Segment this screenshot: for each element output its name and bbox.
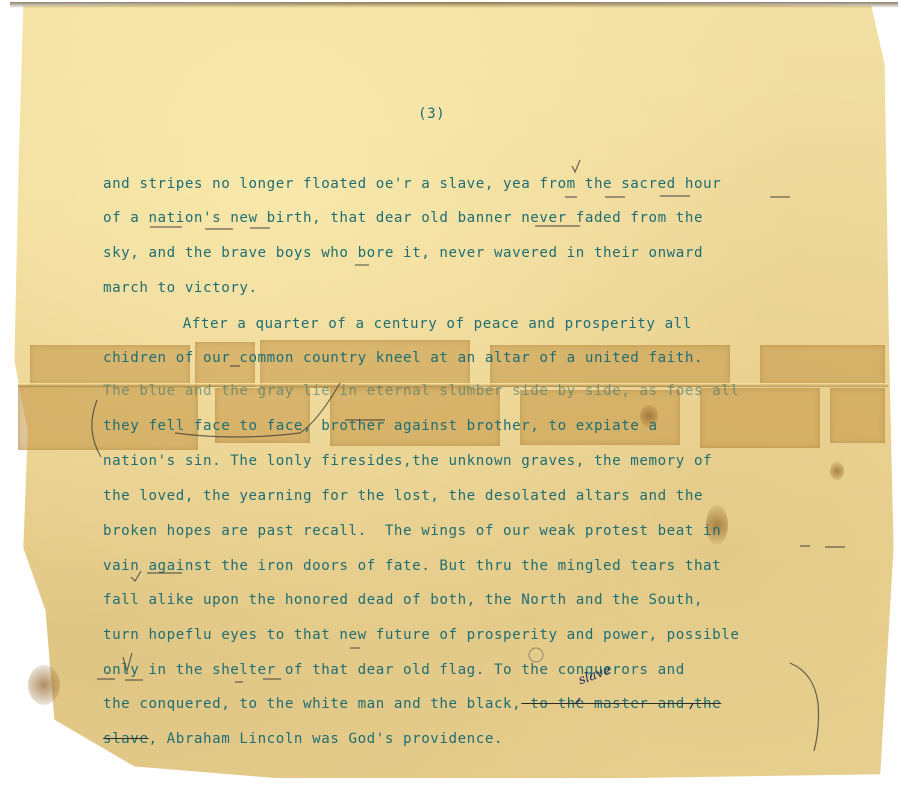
annotation-marks <box>0 0 900 790</box>
